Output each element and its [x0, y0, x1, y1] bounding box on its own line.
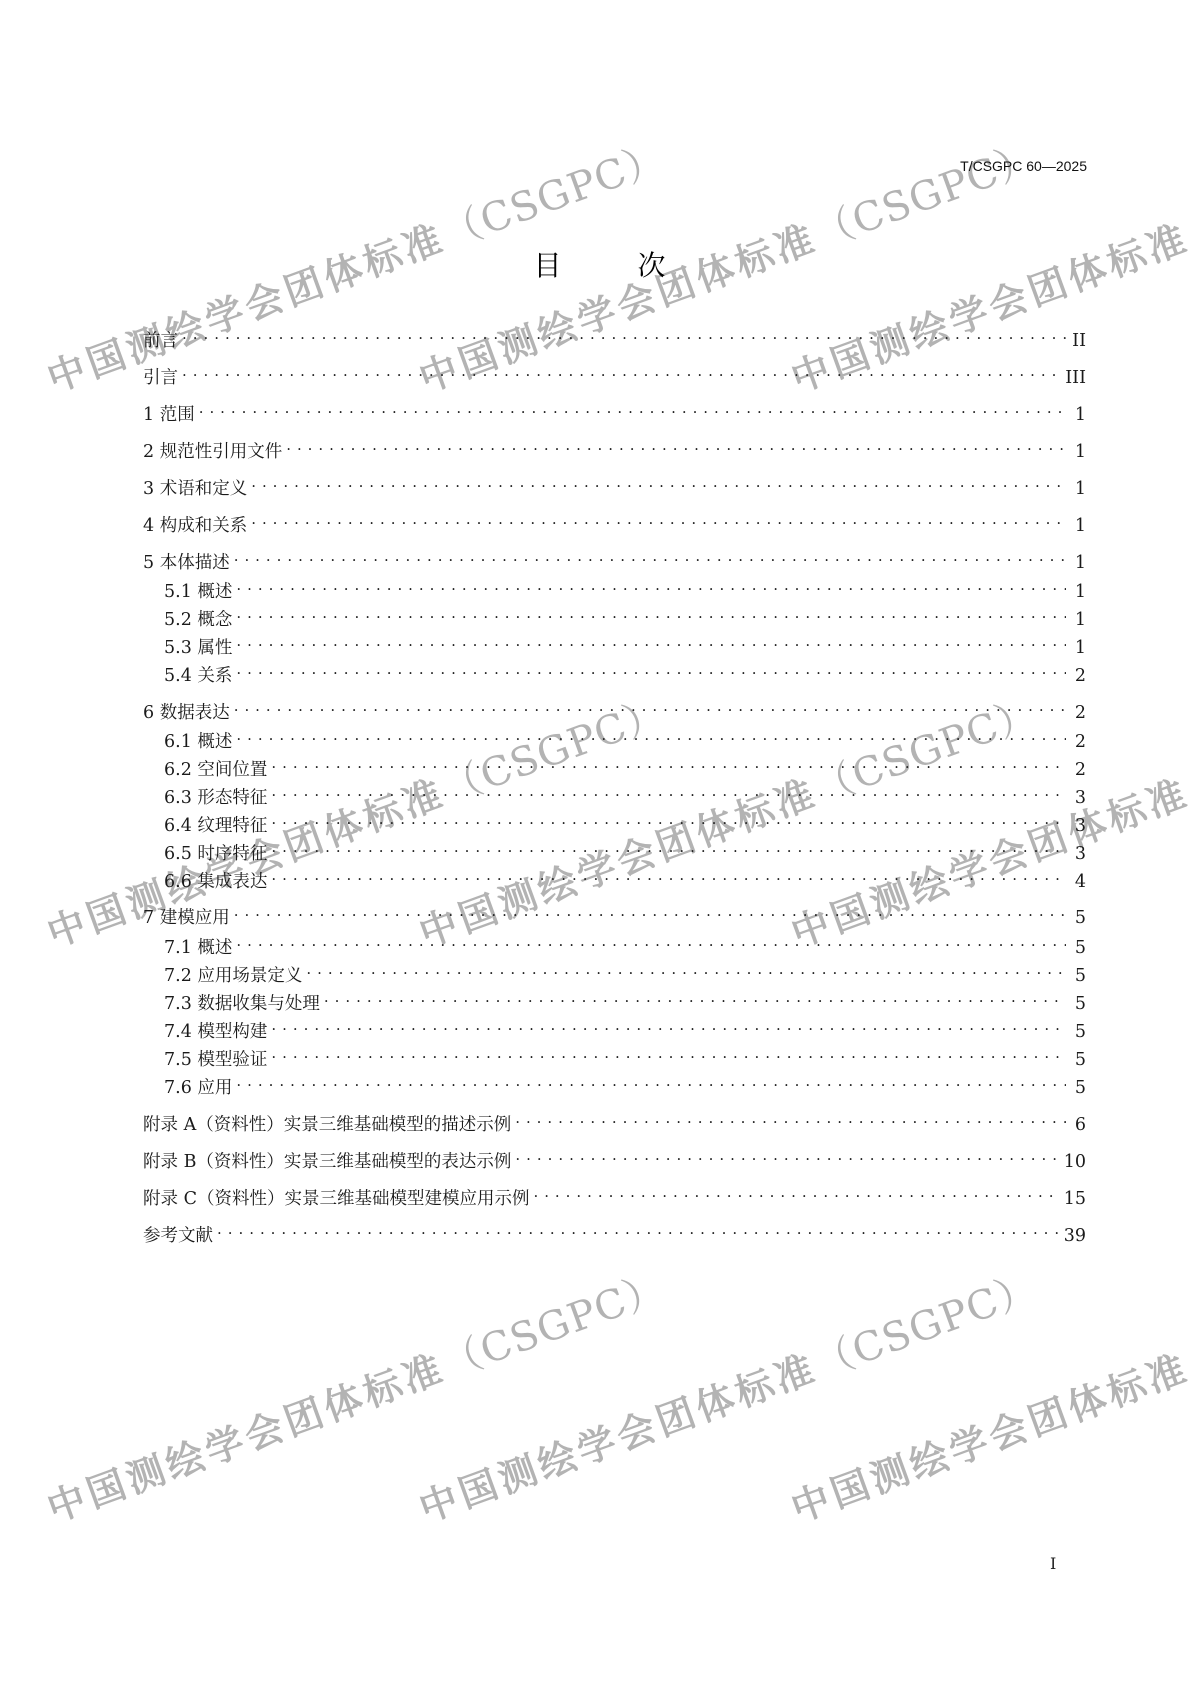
dot-leader: [306, 957, 1066, 981]
toc-entry[interactable]: 7 建模应用5: [143, 899, 1086, 923]
toc-subentry[interactable]: 7.5 模型验证5: [143, 1041, 1086, 1065]
dot-leader: [271, 835, 1066, 859]
toc-subentry[interactable]: 7.3 数据收集与处理5: [143, 985, 1086, 1009]
dot-leader: [236, 657, 1066, 681]
toc-subentry[interactable]: 5.2 概念1: [143, 601, 1086, 625]
dot-leader: [251, 507, 1066, 531]
toc-subentry[interactable]: 6.5 时序特征3: [143, 835, 1086, 859]
toc-entry[interactable]: 1 范围1: [143, 396, 1086, 420]
dot-leader: [234, 544, 1066, 568]
toc-entry[interactable]: 附录 C（资料性）实景三维基础模型建模应用示例15: [143, 1180, 1086, 1204]
dot-leader: [271, 779, 1066, 803]
dot-leader: [533, 1180, 1057, 1204]
toc-entry[interactable]: 前言II: [143, 322, 1086, 346]
toc-subentry[interactable]: 5.4 关系2: [143, 657, 1086, 681]
dot-leader: [182, 359, 1059, 383]
toc-subentry[interactable]: 6.6 集成表达4: [143, 863, 1086, 887]
toc-subentry[interactable]: 7.1 概述5: [143, 929, 1086, 953]
dot-leader: [251, 470, 1066, 494]
dot-leader: [286, 433, 1066, 457]
dot-leader: [217, 1217, 1058, 1241]
dot-leader: [236, 723, 1066, 747]
toc-subentry[interactable]: 7.4 模型构建5: [143, 1013, 1086, 1037]
dot-leader: [271, 1013, 1066, 1037]
dot-leader: [182, 322, 1066, 346]
toc-subentry[interactable]: 7.2 应用场景定义5: [143, 957, 1086, 981]
dot-leader: [236, 601, 1066, 625]
toc-subentry[interactable]: 6.1 概述2: [143, 723, 1086, 747]
page-number: I: [1050, 1554, 1056, 1573]
dot-leader: [515, 1143, 1057, 1167]
standard-code: T/CSGPC 60—2025: [960, 158, 1087, 174]
dot-leader: [271, 863, 1066, 887]
toc-entry[interactable]: 6 数据表达2: [143, 694, 1086, 718]
toc-entry[interactable]: 2 规范性引用文件1: [143, 433, 1086, 457]
document-page: 中国测绘学会团体标准（CSGPC） 中国测绘学会团体标准（CSGPC） 中国测绘…: [0, 0, 1199, 1696]
toc-entry[interactable]: 5 本体描述1: [143, 544, 1086, 568]
toc-entry[interactable]: 3 术语和定义1: [143, 470, 1086, 494]
watermark: 中国测绘学会团体标准（CSGPC）: [38, 1256, 673, 1533]
dot-leader: [236, 573, 1066, 597]
toc-entry[interactable]: 4 构成和关系1: [143, 507, 1086, 531]
dot-leader: [324, 985, 1066, 1009]
title-char: 目: [533, 244, 561, 284]
dot-leader: [271, 751, 1066, 775]
toc-entry[interactable]: 附录 B（资料性）实景三维基础模型的表达示例10: [143, 1143, 1086, 1167]
toc-entry[interactable]: 参考文献39: [143, 1217, 1086, 1241]
toc-entry[interactable]: 附录 A（资料性）实景三维基础模型的描述示例6: [143, 1106, 1086, 1130]
dot-leader: [234, 694, 1066, 718]
dot-leader: [236, 929, 1066, 953]
watermark: 中国测绘学会团体标准（CSGPC）: [782, 1256, 1199, 1533]
toc-entry[interactable]: 引言III: [143, 359, 1086, 383]
dot-leader: [236, 629, 1066, 653]
dot-leader: [199, 396, 1066, 420]
toc-subentry[interactable]: 6.4 纹理特征3: [143, 807, 1086, 831]
dot-leader: [271, 1041, 1066, 1065]
title-char: 次: [638, 244, 666, 284]
dot-leader: [236, 1069, 1066, 1093]
toc-subentry[interactable]: 5.3 属性1: [143, 629, 1086, 653]
dot-leader: [515, 1106, 1066, 1130]
toc-subentry[interactable]: 6.2 空间位置2: [143, 751, 1086, 775]
toc-subentry[interactable]: 5.1 概述1: [143, 573, 1086, 597]
page-title: 目次: [0, 244, 1199, 284]
dot-leader: [271, 807, 1066, 831]
toc-subentry[interactable]: 7.6 应用5: [143, 1069, 1086, 1093]
watermark: 中国测绘学会团体标准（CSGPC）: [410, 1256, 1045, 1533]
toc-subentry[interactable]: 6.3 形态特征3: [143, 779, 1086, 803]
dot-leader: [234, 899, 1066, 923]
